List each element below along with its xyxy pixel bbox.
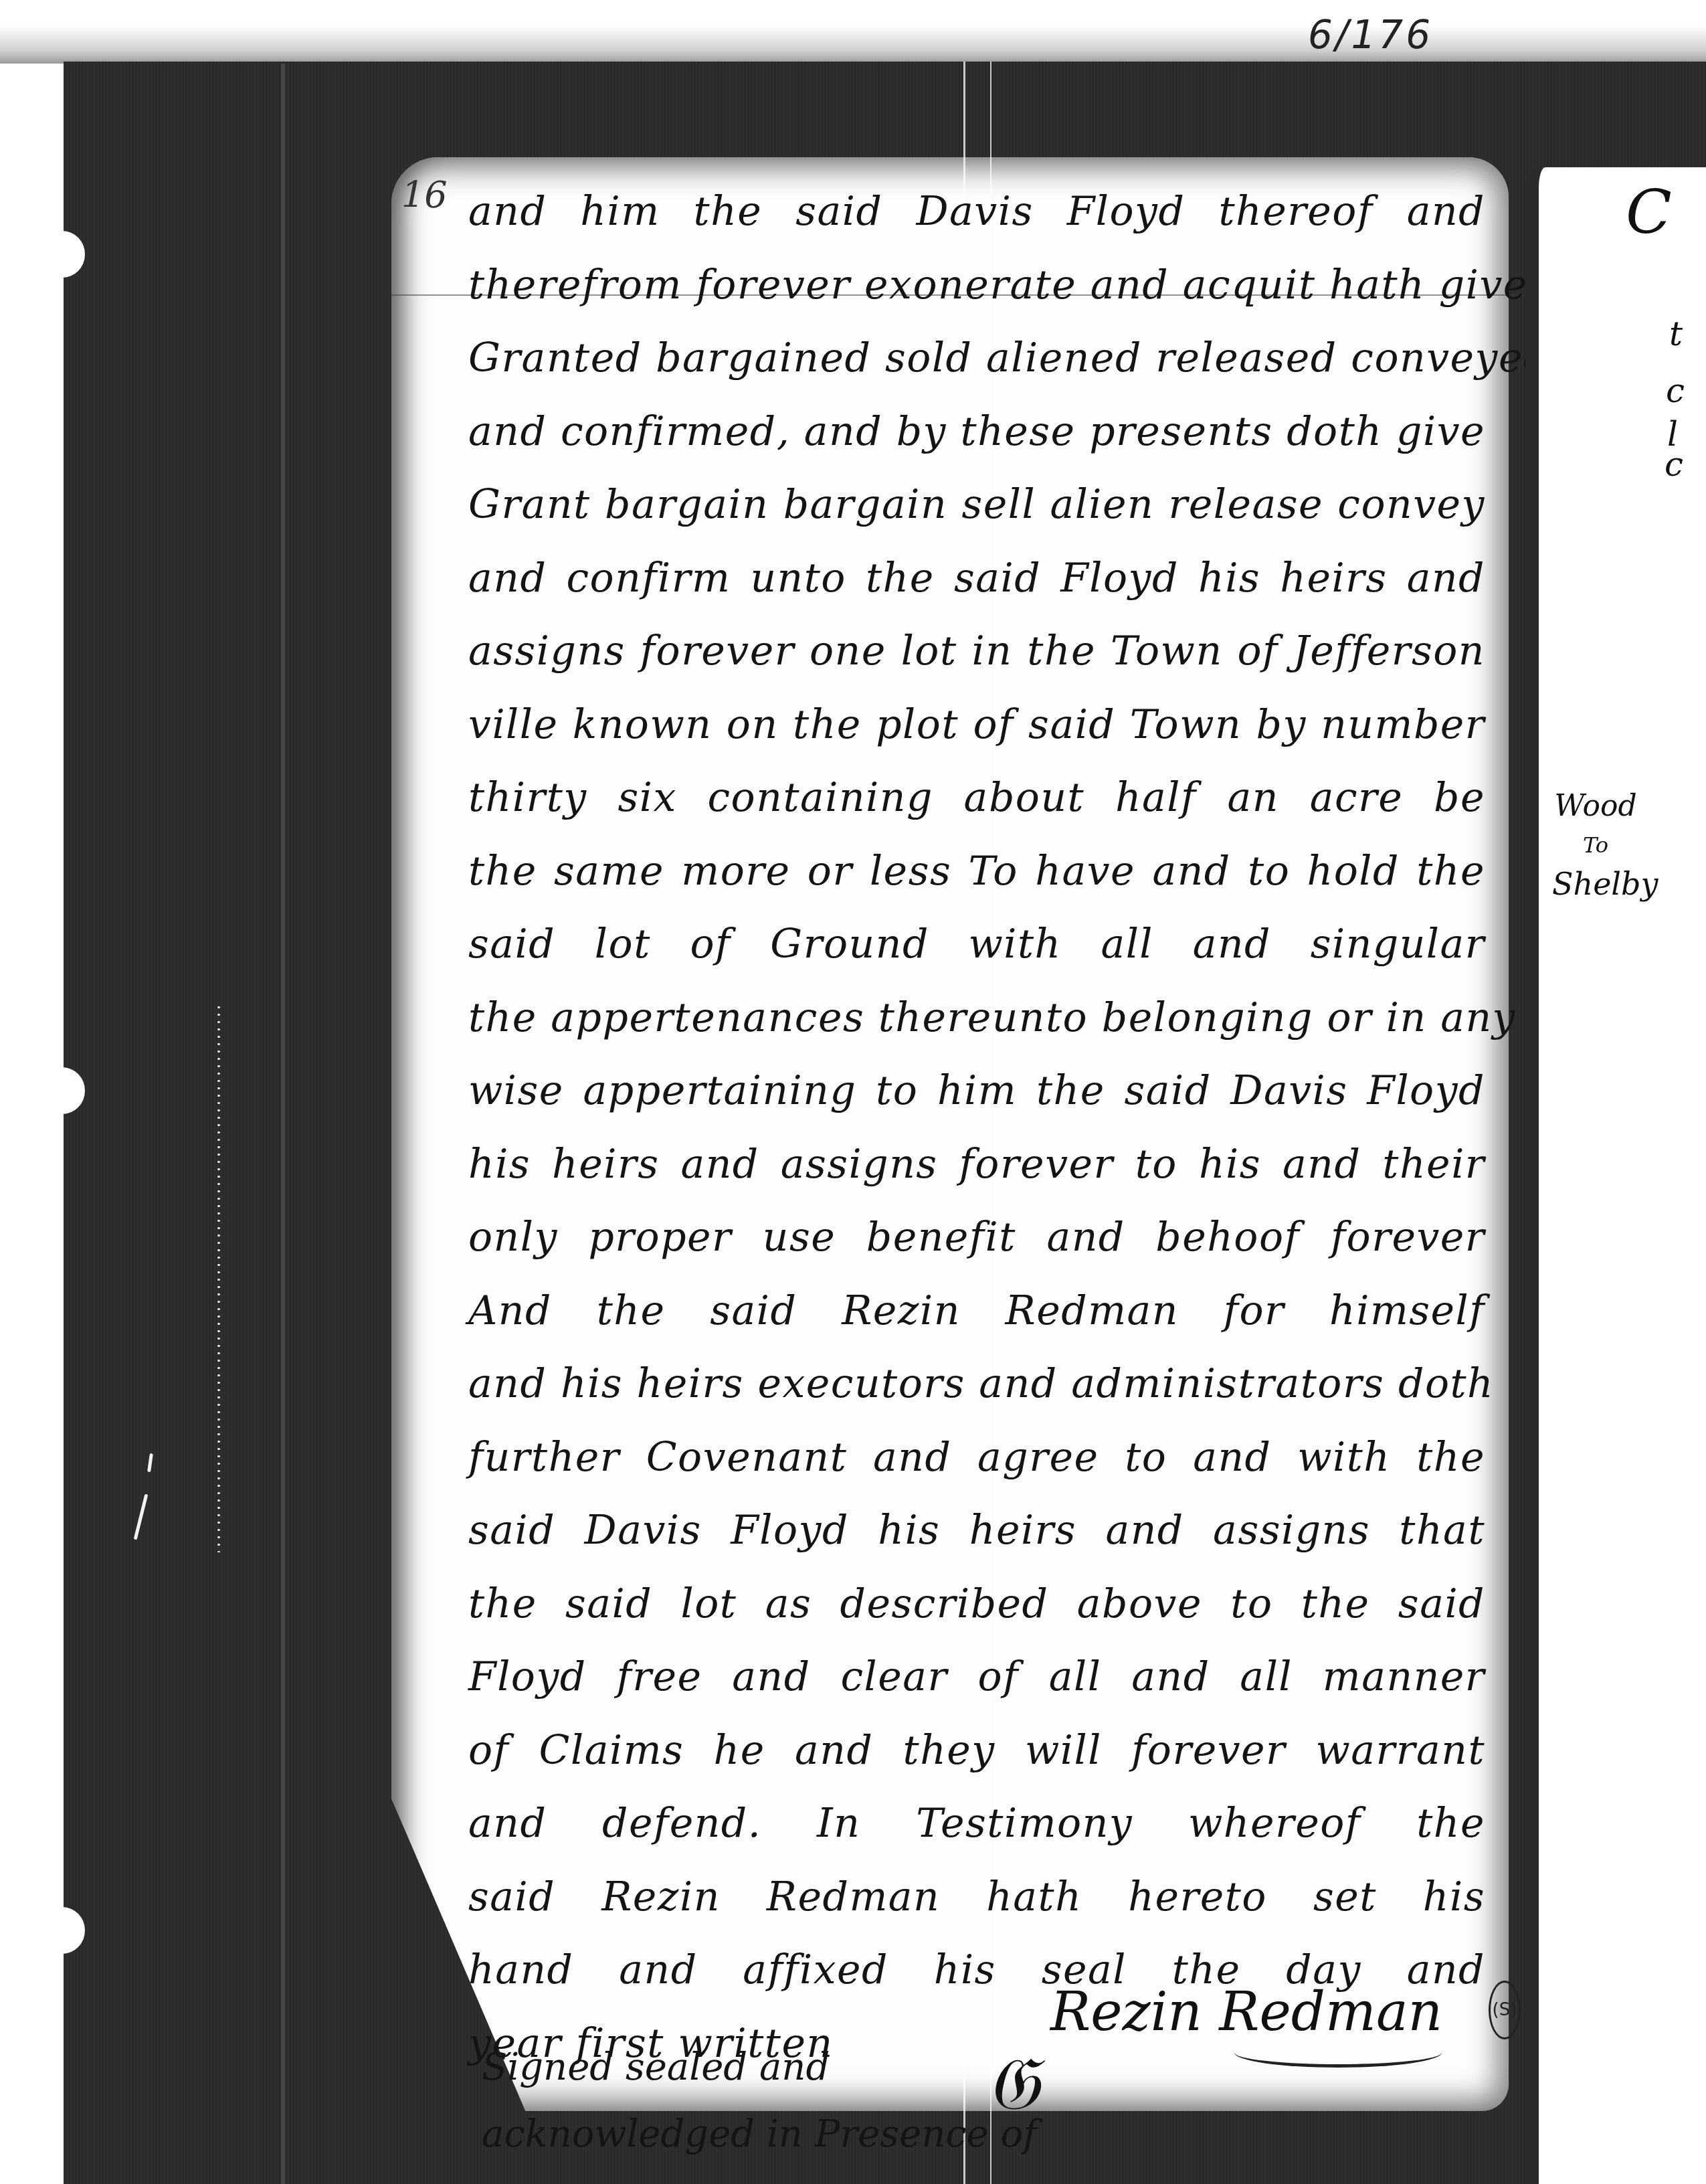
text-line: and his heirs executors and administrato… xyxy=(468,1348,1485,1421)
margin-note-line: Wood xyxy=(1552,790,1639,824)
attestation-block: Signed sealed and acknowledged in Presen… xyxy=(482,2034,1037,2168)
text-line: and confirm unto the said Floyd his heir… xyxy=(468,542,1485,616)
folio-number: 6/176 xyxy=(1308,12,1433,58)
adjacent-page-fragment: t xyxy=(1669,314,1683,353)
text-line: of Claims he and they will forever warra… xyxy=(468,1714,1485,1788)
text-line: said Rezin Redman hath hereto set his xyxy=(468,1861,1485,1934)
punch-hole-bottom xyxy=(39,1907,85,1954)
text-line: only proper use benefit and behoof forev… xyxy=(468,1201,1485,1275)
text-line: assigns forever one lot in the Town of J… xyxy=(468,615,1485,689)
text-line: Granted bargained sold aliened released … xyxy=(468,322,1485,395)
text-line: Floyd free and clear of all and all mann… xyxy=(468,1641,1485,1714)
margin-note-line: To xyxy=(1552,833,1639,858)
punch-hole-middle xyxy=(39,1067,85,1114)
text-line: and confirmed, and by these presents dot… xyxy=(468,395,1485,469)
adjacent-page-fragment: c xyxy=(1666,371,1685,410)
adjacent-page-fragment: c xyxy=(1665,445,1683,484)
text-line: his heirs and assigns forever to his and… xyxy=(468,1128,1485,1202)
seal-scroll-icon: (S) xyxy=(1489,1981,1521,2039)
dotted-scan-artifact xyxy=(217,1004,220,1552)
text-line: and him the said Davis Floyd thereof and xyxy=(468,175,1485,249)
margin-note-line: Shelby xyxy=(1552,867,1639,902)
signature-flourish xyxy=(1234,2037,1442,2068)
attestation-line: acknowledged in Presence of xyxy=(482,2101,1037,2168)
text-line: the said lot as described above to the s… xyxy=(468,1568,1485,1641)
text-line: And the said Rezin Redman for himself xyxy=(468,1275,1485,1348)
punch-hole-top xyxy=(39,231,85,278)
text-line: Grant bargain bargain sell alien release… xyxy=(468,468,1485,542)
signature-block: Rezin Redman xyxy=(1050,1981,1442,2043)
text-line: wise appertaining to him the said Davis … xyxy=(468,1055,1485,1128)
margin-note: Wood To Shelby xyxy=(1552,790,1639,902)
adjacent-page-fragment: C xyxy=(1626,177,1672,248)
text-line: the same more or less To have and to hol… xyxy=(468,835,1485,909)
deed-text: and him the said Davis Floyd thereof and… xyxy=(468,175,1485,2080)
text-line: the appertenances thereunto belonging or… xyxy=(468,982,1485,1055)
book-fold-shadow xyxy=(281,64,285,2184)
photocopy-top-strip xyxy=(0,0,1706,64)
attestation-line: Signed sealed and xyxy=(482,2034,1037,2101)
signature-name: Rezin Redman xyxy=(1050,1981,1442,2043)
text-line: therefrom forever exonerate and acquit h… xyxy=(468,249,1485,323)
text-line: ville known on the plot of said Town by … xyxy=(468,689,1485,762)
page-corner-mark: 16 xyxy=(401,174,448,216)
text-line: and defend. In Testimony whereof the xyxy=(468,1787,1485,1861)
text-line: said Davis Floyd his heirs and assigns t… xyxy=(468,1494,1485,1568)
text-line: further Covenant and agree to and with t… xyxy=(468,1421,1485,1495)
text-line: thirty six containing about half an acre… xyxy=(468,761,1485,835)
left-paper-margin xyxy=(0,64,64,2184)
text-line: said lot of Ground with all and singular xyxy=(468,908,1485,982)
